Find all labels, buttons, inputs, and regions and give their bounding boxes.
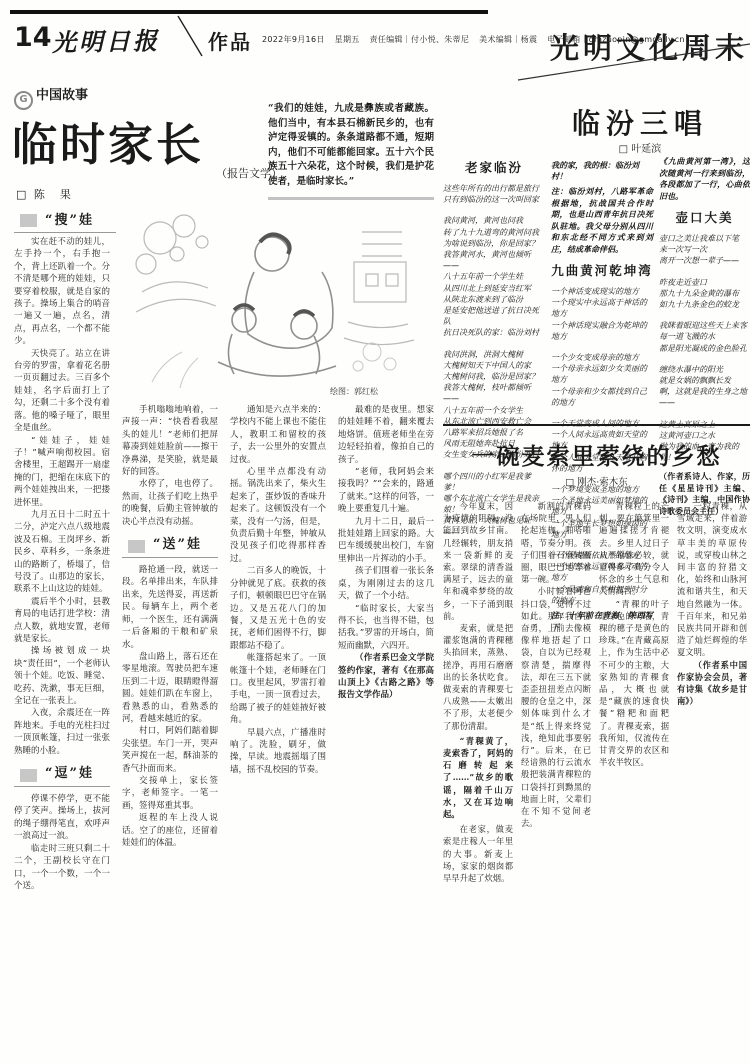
- paragraph: 青稞粒上的芒刺，要在簸箕里一遍遍揉搓才肯褪去。乡里人过日子从不锱铢必较，就显得多…: [599, 500, 669, 598]
- paragraph: 在老家，做麦索是庄稼人一年里的大事。新麦上场，家家的烟囱都早早升起了炊烟。: [443, 823, 513, 884]
- paragraph: 震后半个小时，县教育局的电话打进学校：清点人数，就地安置，老师就是家长。: [14, 596, 110, 646]
- poem-line: 壶口之美让我难以下笔: [659, 233, 750, 244]
- poem-line: 抗日决死队的家：临汾刘村: [443, 327, 545, 338]
- poem-line: 从陕北东渡来到了临汾: [443, 294, 545, 305]
- paragraph: （作者系中国作家协会会员，著有诗集《故乡是甘南》）: [677, 659, 747, 708]
- paragraph: 操场被划成一块块“责任田”，一个老师认领十个娃。吃饭、睡觉、吃药、洗漱，事无巨细…: [14, 645, 110, 707]
- stanza-gap: [659, 354, 750, 364]
- poem-subhead-hukou: 壶口大美: [659, 208, 750, 226]
- paragraph: 临走时三班只剩二十二个，王副校长守在门口，一个一个数，一个一个送。: [14, 843, 110, 893]
- paragraph: 入夜，余震还在一阵阵地来。手电的光柱扫过一顶顶帐篷，扫过一张张熟睡的小脸。: [14, 707, 110, 757]
- essay-title: 一碗麦索里萦绕的乡愁: [443, 438, 750, 471]
- masthead-logo: 光明日报: [52, 21, 161, 58]
- editors-text: 责任编辑｜付小悦、朱蒂尼: [370, 35, 470, 44]
- poem-subhead-jiuqu: 九曲黄河乾坤湾: [551, 261, 653, 279]
- poem-line: 就是女娲的飘飘长发: [659, 375, 750, 386]
- article-illustration: [122, 202, 434, 398]
- poem-line: 我问洪洞，洪洞大槐树: [443, 349, 545, 360]
- essay-column-3: 青稞粒上的芒刺，要在簸箕里一遍遍揉搓才肯褪去。乡里人过日子从不锱铢必较，就显得多…: [599, 500, 669, 1060]
- column-2a-text: 手机嗡嗡地响着，一声接一声：“快看看我屋头的娃儿！”老师们把屏幕凑到娃娃脸前——…: [122, 404, 218, 528]
- paragraph: 早晨六点，广播准时响了。洗脸，刷牙，做操，早读。地震摇塌了围墙，摇不乱校园的节奏…: [230, 727, 326, 777]
- paragraph: 盘山路上，落石还在零星地滚。驾驶员把车速压到二十迈，眼睛瞪得溜圆。娃娃们趴在车窗…: [122, 651, 218, 725]
- poem-line: 我答大槐树，枝叶都倾听——: [443, 382, 545, 404]
- poem-line: 大槐树知天下中国人的家: [443, 360, 545, 371]
- essay-column-1: 今年夏末，因为疫情的阻隔，没能回到故乡甘南。几经辗转，朋友捎来一袋新鲜的麦索。翠…: [443, 500, 513, 1060]
- pull-quote: “我们的娃娃，九成是彝族或者藏族。他们当中，有本县石棉新民乡的，也有泸定得妥镇的…: [268, 102, 434, 200]
- essay-folk-quote: “青稞黄了，麦索香了，阿妈的石磨转起来了……”故乡的歌谣，隔着千山万水，又在耳边…: [443, 735, 513, 820]
- paragraph: 九月十二日，最后一批娃娃踏上回家的路。大巴车缓缓驶出校门，车窗里伸出一片挥动的小…: [338, 516, 434, 566]
- poem-note-2b: 《九曲黄河第一湾》，这次随黄河一行来到临汾，各段都加了一行，心曲依旧也。: [659, 156, 750, 202]
- paragraph: “老师，我阿妈会来接我吗？”“会来的，路通了就来。”这样的问答，一晚上要重复几十…: [338, 466, 434, 516]
- subhead-sou-wa: “搜”娃: [14, 206, 116, 233]
- newspaper-page: 14 光明日报 作品 2022年9月16日星期五责任编辑｜付小悦、朱蒂尼美术编辑…: [0, 0, 750, 1064]
- paragraph: 村口，阿妈们踮着脚尖张望。车门一开，哭声笑声搅在一起，酥油茶的香气扑面而来。: [122, 725, 218, 775]
- article-byline: □ 陈 果: [16, 186, 73, 202]
- poem-line: 来一次写一次: [659, 244, 750, 255]
- paragraph: “临时家长，大家当得不长，也当得不错，包括我。”罗雷的开场白，简短而幽默，六四开…: [338, 603, 434, 653]
- poem-line: 一个少女变成母亲的地方: [551, 352, 653, 363]
- poem-line: 一个神话现实融合为乾坤的地方: [551, 320, 653, 342]
- china-story-tag: G中国故事: [14, 84, 88, 110]
- subhead-decor-icon: [20, 769, 37, 782]
- article-column-2: 手机嗡嗡地响着，一声接一声：“快看看我屋头的娃儿！”老师们把屏幕凑到娃娃脸前——…: [122, 404, 218, 1060]
- poem-line: 离开一次想一辈子——: [659, 255, 750, 266]
- paragraph: 今年夏末，因为疫情的阻隔，没能回到故乡甘南。几经辗转，朋友捎来一袋新鲜的麦索。翠…: [443, 500, 513, 622]
- art-editor-text: 美术编辑｜杨震: [479, 35, 537, 44]
- poem-line: 大槐树问我，临汾是回家？: [443, 371, 545, 382]
- essay-column-2: 新割的青稞码在场院里，男人们抡起连枷，啪嗒啪嗒，节奏分明。孩子们围着石磨转圈圈，…: [521, 500, 591, 1060]
- paragraph: 交接单上，家长签字，老师签字。一笔一画，签得郑重其事。: [122, 775, 218, 812]
- paragraph: 九月五日十二时五十二分，泸定六点八级地震波及石棉。王岗坪乡、新民乡、草科乡，一条…: [14, 509, 110, 596]
- article-title: 临时家长: [12, 108, 204, 173]
- stanza-gap: [551, 408, 653, 418]
- china-story-label: 中国故事: [36, 88, 88, 103]
- poem-line: 八路军来招兵她报了名: [443, 427, 545, 438]
- poem-line: 为啥说到临汾，你是回家？: [443, 238, 545, 249]
- poem-line: 是延安把他送进了抗日决死队: [443, 305, 545, 327]
- section-label: 作品: [208, 26, 252, 55]
- column-2b-text: 路抢通一段，就送一段。名单排出来，车队排出来，先送得妥，再送新民。每辆车上，两个…: [122, 564, 218, 849]
- column-1b-text: 停课不停学，更不能停了笑声。操场上，拔河的绳子绷得笔直，欢呼声一浪高过一浪。临走…: [14, 793, 110, 892]
- paragraph: 帐篷搭起来了。一顶帐篷十个娃，老师睡在门口。夜里起风，罗雷打着手电，一顶一顶看过…: [230, 652, 326, 726]
- poem-line: 一个现实中永远高于神话的地方: [551, 297, 653, 319]
- stanza-gap: [659, 310, 750, 320]
- paragraph: 天快亮了。站立在讲台旁的罗雷，拿着花名册一页页翻过去。三百多个娃娃，名字后面打上…: [14, 348, 110, 435]
- paragraph: “娃娃子，娃娃子！”喊声响彻校园。宿舍楼里，王超踢开一扇虚掩的门，把缩在床底下的…: [14, 435, 110, 509]
- poem-line: 缠绕水瀑中的阳光: [659, 364, 750, 375]
- poem-line: 转了九十九道弯的黄河问我: [443, 227, 545, 238]
- poem-line: 如九十九条金色的蛟龙: [659, 299, 750, 310]
- paragraph: 小时候看阿爸抖口袋，觉得不过如此。那年我自告奋勇，上前去像模像样地捂起了口袋，自…: [521, 585, 591, 829]
- poem-subhead-laojia: 老家临汾: [443, 158, 545, 176]
- paragraph: 心里半点都没有动摇。锅洗出来了，柴火生起来了，蛋炒饭的香味升起来了。这顿饭没有一…: [230, 466, 326, 565]
- stanza-gap: [659, 267, 750, 277]
- stanza-gap: [551, 342, 653, 352]
- subhead-song-wa: “送”娃: [122, 536, 218, 558]
- top-rule: [10, 10, 488, 14]
- poem-part1-end: 我的家，我的根：临汾刘村！: [551, 160, 653, 182]
- paragraph: 新割的青稞码在场院里，男人们抡起连枷，啪嗒啪嗒，节奏分明。孩子们围着石磨转圈圈，…: [521, 500, 591, 585]
- poem-line: 啊，这就是我的生身之地——: [659, 386, 750, 408]
- page-number: 14: [14, 22, 52, 53]
- paragraph: 最难的是夜里。想家的娃娃睡不着，翻来覆去地烙饼。值班老师坐在旁边轻轻拍着，像拍自…: [338, 404, 434, 466]
- paragraph: 麦索，就是把灌浆饱满的青稞穗头掐回来，蒸熟、搓净，再用石磨磨出的长条状吃食。做麦…: [443, 622, 513, 732]
- paragraph: 孩子们围着一张长条桌，为刚刚过去的这几天，做了一个小结。: [338, 565, 434, 602]
- poem-hukou-lines: 壶口之美让我难以下笔来一次写一次离开一次想一辈子——昨夜走近壶口那九十九朵金黄的…: [659, 233, 750, 463]
- essay-1b-text: 在老家，做麦索是庄稼人一年里的大事。新麦上场，家家的烟囱都早早升起了炊烟。: [443, 823, 513, 884]
- paragraph: 一粒青稞，从雪域走来，伴着游牧文明，演变成水草丰美的草原传说，或穿梭山林之间丰富…: [677, 500, 747, 659]
- poem-line: 那九十九朵金黄的瀑布: [659, 288, 750, 299]
- article-column-1: 实在赶不动的娃儿，左手拎一个，右手抱一个，背上还趴着一个。分不清是哪个班的娃娃，…: [14, 236, 110, 1060]
- poem-line: 这些年所有的出行都是旅行: [443, 183, 545, 194]
- poem-line: 从四川北上到延安当红军: [443, 283, 545, 294]
- poem-line: 昨夜走近壶口: [659, 277, 750, 288]
- article-column-3: 通知是六点半来的：学校内不能上课也不能住人，教职工和留校的孩子，去一公里外的安置…: [230, 404, 326, 1060]
- subhead-dou-wa: “逗”娃: [14, 765, 110, 787]
- stanza-gap: [659, 409, 750, 419]
- stanza-gap: [443, 205, 545, 215]
- poem-line: 我问黄河，黄河也问我: [443, 215, 545, 226]
- subhead-decor-icon: [128, 540, 145, 553]
- weekend-brand: 光明文化周末: [550, 26, 750, 67]
- poem-note-1: 注：临汾刘村，八路军革命根据地，抗战国共合作时期，也是山西青年抗日决死队驻地。我…: [551, 186, 653, 255]
- poem-line: 我答黄河水，黄河也倾听——: [443, 249, 545, 271]
- paragraph: 路抢通一段，就送一段。名单排出来，车队排出来，先送得妥，再送新民。每辆车上，两个…: [122, 564, 218, 651]
- paragraph: “青稞的叶子是绿色的玛瑙，青稞的穗子是黄色的珍珠。”在青藏高原上，作为生活中必不…: [599, 598, 669, 769]
- paragraph: 水停了，电也停了。然而，让孩子们吃上热乎的晚餐，后勤主管钟敏的决心半点没有动摇。: [122, 478, 218, 528]
- column-1-text: 实在赶不动的娃儿，左手拎一个，右手抱一个，背上还趴着一个。分不清是哪个班的娃娃，…: [14, 236, 110, 757]
- paragraph: 手机嗡嗡地响着，一声接一声：“快看看我屋头的娃儿！”老师们把屏幕凑到娃娃脸前——…: [122, 404, 218, 478]
- stanza-gap: [443, 339, 545, 349]
- poem-line: 每一道飞溅的水: [659, 331, 750, 342]
- subhead-decor-icon: [20, 214, 37, 227]
- illustration-caption: 绘图：郭红松: [330, 386, 378, 397]
- weekday-text: 星期五: [335, 35, 360, 44]
- paragraph: 实在赶不动的娃儿，左手拎一个，右手抱一个，背上还趴着一个。分不清是哪个班的娃娃，…: [14, 236, 110, 348]
- paragraph: 二百多人的晚饭，十分钟就见了底。获救的孩子们，顿顿眼巴巴守在锅边。又是五花八门的…: [230, 565, 326, 652]
- poem-title: 临汾三唱: [530, 102, 750, 142]
- poem-line: 都是阳光凝成的金色脸孔: [659, 343, 750, 354]
- article-column-4: 最难的是夜里。想家的娃娃睡不着，翻来覆去地烙饼。值班老师坐在旁边轻轻拍着，像拍自…: [338, 404, 434, 1060]
- essay-1a-text: 今年夏末，因为疫情的阻隔，没能回到故乡甘南。几经辗转，朋友捎来一袋新鲜的麦索。翠…: [443, 500, 513, 732]
- paragraph: 停课不停学，更不能停了笑声。操场上，拔河的绳子绷得笔直，欢呼声一浪高过一浪。: [14, 793, 110, 843]
- poem-line: 八十五年前一个女学生: [443, 405, 545, 416]
- date-text: 2022年9月16日: [262, 35, 325, 44]
- poem-line: 我眯着眼迎这些天上来客: [659, 320, 750, 331]
- poem-line: 一个神话变成现实的地方: [551, 286, 653, 297]
- essay-byline: □ 刚杰·索木东: [443, 474, 750, 488]
- poem-line: 八十五年前一个学生娃: [443, 271, 545, 282]
- paragraph: 返程的车上没人说话。空了的座位，还留着娃娃们的体温。: [122, 812, 218, 849]
- poem-line: 一个母亲永远如少女美丽的地方: [551, 363, 653, 385]
- paragraph: 通知是六点半来的：学校内不能上课也不能住人，教职工和留校的孩子，去一公里外的安置…: [230, 404, 326, 466]
- essay-divider-rule: [443, 424, 750, 426]
- paragraph: （作者系巴金文学院签约作家，著有《在那高山顶上》《古路之路》等报告文学作品）: [338, 652, 434, 702]
- poem-line: 只有到临汾的这一次叫回家: [443, 194, 545, 205]
- poem-line: 一个母亲和少女都找到自己的地方: [551, 386, 653, 408]
- essay-column-4: 一粒青稞，从雪域走来，伴着游牧文明，演变成水草丰美的草原传说，或穿梭山林之间丰富…: [677, 500, 747, 1060]
